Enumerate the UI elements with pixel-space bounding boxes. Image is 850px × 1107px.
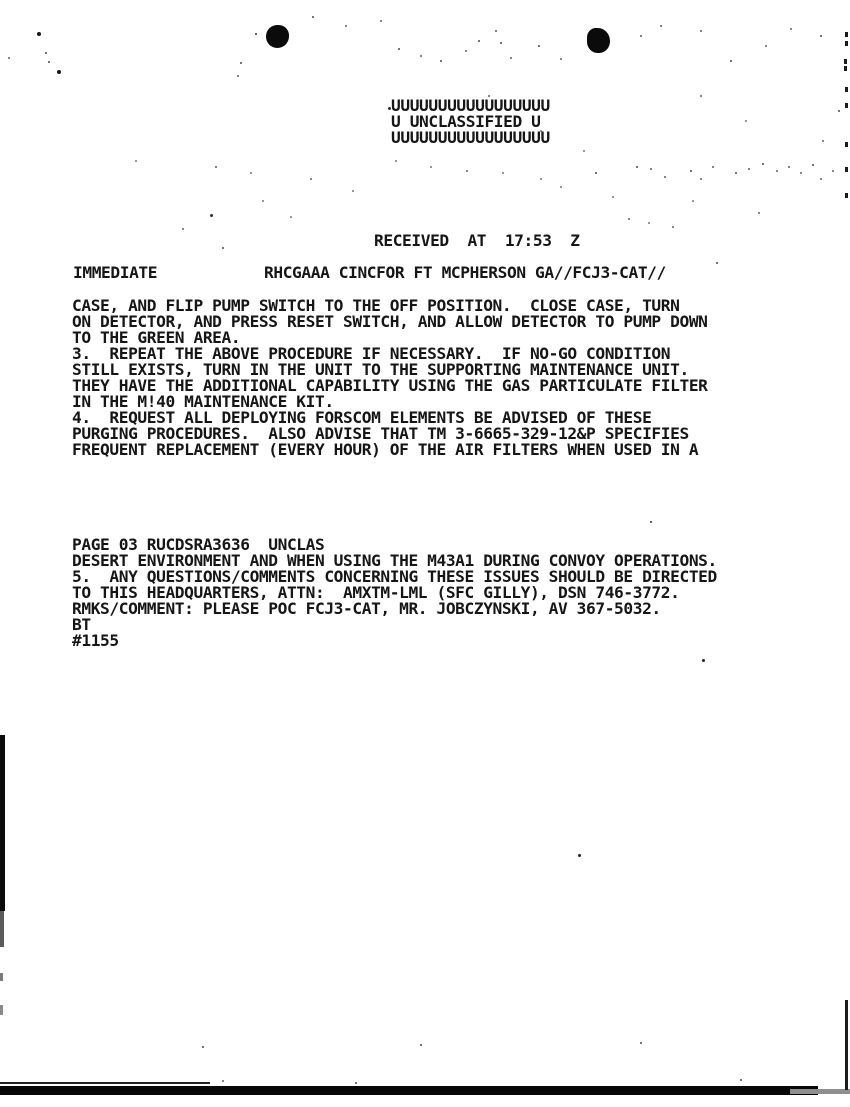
scan-speckle	[820, 178, 822, 180]
scan-speckle	[716, 262, 718, 264]
scan-speckle	[765, 45, 767, 47]
scan-speckle	[650, 521, 652, 523]
scan-edge-dash-right	[844, 59, 847, 64]
scan-speckle	[488, 95, 490, 97]
scan-edge-dash-right	[845, 87, 848, 92]
scan-speckle	[345, 25, 347, 27]
scan-edge-dash-right	[845, 41, 848, 46]
scan-speckle	[700, 95, 702, 97]
message-body-block-1: CASE, AND FLIP PUMP SWITCH TO THE OFF PO…	[72, 298, 708, 458]
scan-speckle	[800, 172, 802, 174]
scan-speckle	[135, 160, 137, 162]
scan-speckle	[478, 40, 480, 42]
scan-speckle	[250, 172, 252, 174]
scan-edge-dash-right	[845, 32, 848, 37]
scan-speckle	[578, 854, 581, 857]
scan-speckle	[262, 200, 264, 202]
scan-edge-mark	[0, 973, 3, 981]
scan-speckle	[730, 60, 732, 62]
scan-speckle	[237, 75, 239, 77]
scan-speckle	[664, 176, 666, 178]
scan-speckle	[202, 1046, 204, 1048]
scan-speckle	[583, 150, 585, 152]
scan-speckle	[762, 163, 764, 165]
scan-speckle	[182, 228, 184, 230]
scan-edge-line-right	[845, 1000, 848, 1090]
scan-speckle	[395, 160, 397, 162]
scan-speckle	[636, 166, 638, 168]
scan-speckle	[48, 61, 50, 63]
scan-speckle	[500, 42, 502, 44]
scan-speckle	[595, 172, 597, 174]
precedence-label: IMMEDIATE	[73, 265, 157, 281]
scan-edge-bar-bottom	[0, 1086, 818, 1095]
scan-speckle	[255, 33, 257, 35]
scan-speckle	[540, 178, 542, 180]
scan-speckle	[495, 30, 497, 32]
scan-speckle	[690, 170, 692, 172]
scan-speckle	[758, 212, 760, 214]
scanned-page: UUUUUUUUUUUUUUUUU U UNCLASSIFIED U UUUUU…	[0, 0, 850, 1107]
received-timestamp-line: RECEIVED AT 17:53 Z	[374, 233, 580, 249]
scan-speckle	[735, 172, 737, 174]
scan-speckle	[650, 168, 652, 170]
scan-speckle	[210, 214, 213, 217]
scan-speckle	[702, 659, 705, 662]
scan-speckle	[312, 16, 314, 18]
scan-edge-dash-right	[845, 103, 848, 108]
scan-speckle	[538, 45, 540, 47]
scan-speckle	[352, 190, 354, 192]
scan-speckle	[445, 271, 447, 273]
scan-speckle	[672, 226, 674, 228]
scan-speckle	[222, 247, 224, 249]
scan-speckle	[8, 57, 10, 59]
scan-speckle	[560, 58, 562, 60]
scan-speckle	[45, 52, 47, 54]
scan-edge-dash-right	[845, 142, 848, 147]
scan-speckle	[398, 48, 400, 50]
ink-blob-right	[587, 28, 610, 53]
scan-speckle	[420, 1044, 422, 1046]
scan-speckle	[380, 20, 382, 22]
scan-speckle	[57, 70, 61, 74]
scan-speckle	[740, 1079, 742, 1081]
scan-edge-dash-right	[844, 66, 847, 71]
scan-speckle	[560, 186, 562, 188]
scan-speckle	[640, 1042, 642, 1044]
scan-speckle	[440, 60, 442, 62]
scan-speckle	[820, 35, 822, 37]
scan-edge-bar-left	[0, 735, 5, 911]
scan-speckle	[660, 25, 662, 27]
scan-speckle	[215, 166, 217, 168]
scan-speckle	[640, 35, 642, 37]
scan-speckle	[700, 178, 702, 180]
scan-speckle	[832, 170, 834, 172]
scan-speckle	[712, 166, 714, 168]
scan-speckle	[628, 218, 630, 220]
scan-speckle	[612, 196, 614, 198]
scan-speckle	[748, 168, 750, 170]
scan-speckle	[310, 178, 312, 180]
scan-speckle	[240, 62, 242, 64]
scan-speckle	[290, 216, 292, 218]
scan-speckle	[788, 166, 790, 168]
scan-speckle	[502, 172, 504, 174]
scan-speckle	[420, 55, 422, 57]
scan-speckle	[465, 50, 467, 52]
scan-speckle	[355, 1082, 357, 1084]
scan-edge-mark	[0, 1005, 3, 1015]
scan-speckle	[510, 57, 512, 59]
scan-speckle	[430, 166, 432, 168]
scan-speckle	[430, 120, 432, 122]
scan-speckle	[388, 107, 391, 110]
classification-banner: UUUUUUUUUUUUUUUUU U UNCLASSIFIED U UUUUU…	[391, 98, 550, 146]
scan-speckle	[700, 30, 702, 32]
scan-speckle	[838, 110, 840, 112]
scan-speckle	[822, 140, 824, 142]
scan-edge-dash-right	[845, 193, 848, 198]
scan-edge-bar-bottom-lead	[0, 1082, 210, 1084]
scan-speckle	[812, 164, 814, 166]
scan-edge-bar-left-fade	[0, 911, 4, 947]
scan-edge-bar-bottom-fade	[790, 1089, 850, 1094]
scan-speckle	[540, 130, 542, 132]
scan-speckle	[745, 120, 747, 122]
message-body-block-2: PAGE 03 RUCDSRA3636 UNCLAS DESERT ENVIRO…	[72, 537, 717, 649]
routing-line: RHCGAAA CINCFOR FT MCPHERSON GA//FCJ3-CA…	[264, 265, 666, 281]
scan-edge-dash-right	[845, 167, 848, 172]
scan-speckle	[648, 222, 650, 224]
scan-speckle	[37, 32, 41, 36]
scan-speckle	[222, 1080, 224, 1082]
scan-speckle	[466, 170, 468, 172]
scan-speckle	[776, 170, 778, 172]
ink-blob-left	[266, 25, 289, 48]
scan-speckle	[692, 200, 694, 202]
scan-speckle	[790, 28, 792, 30]
